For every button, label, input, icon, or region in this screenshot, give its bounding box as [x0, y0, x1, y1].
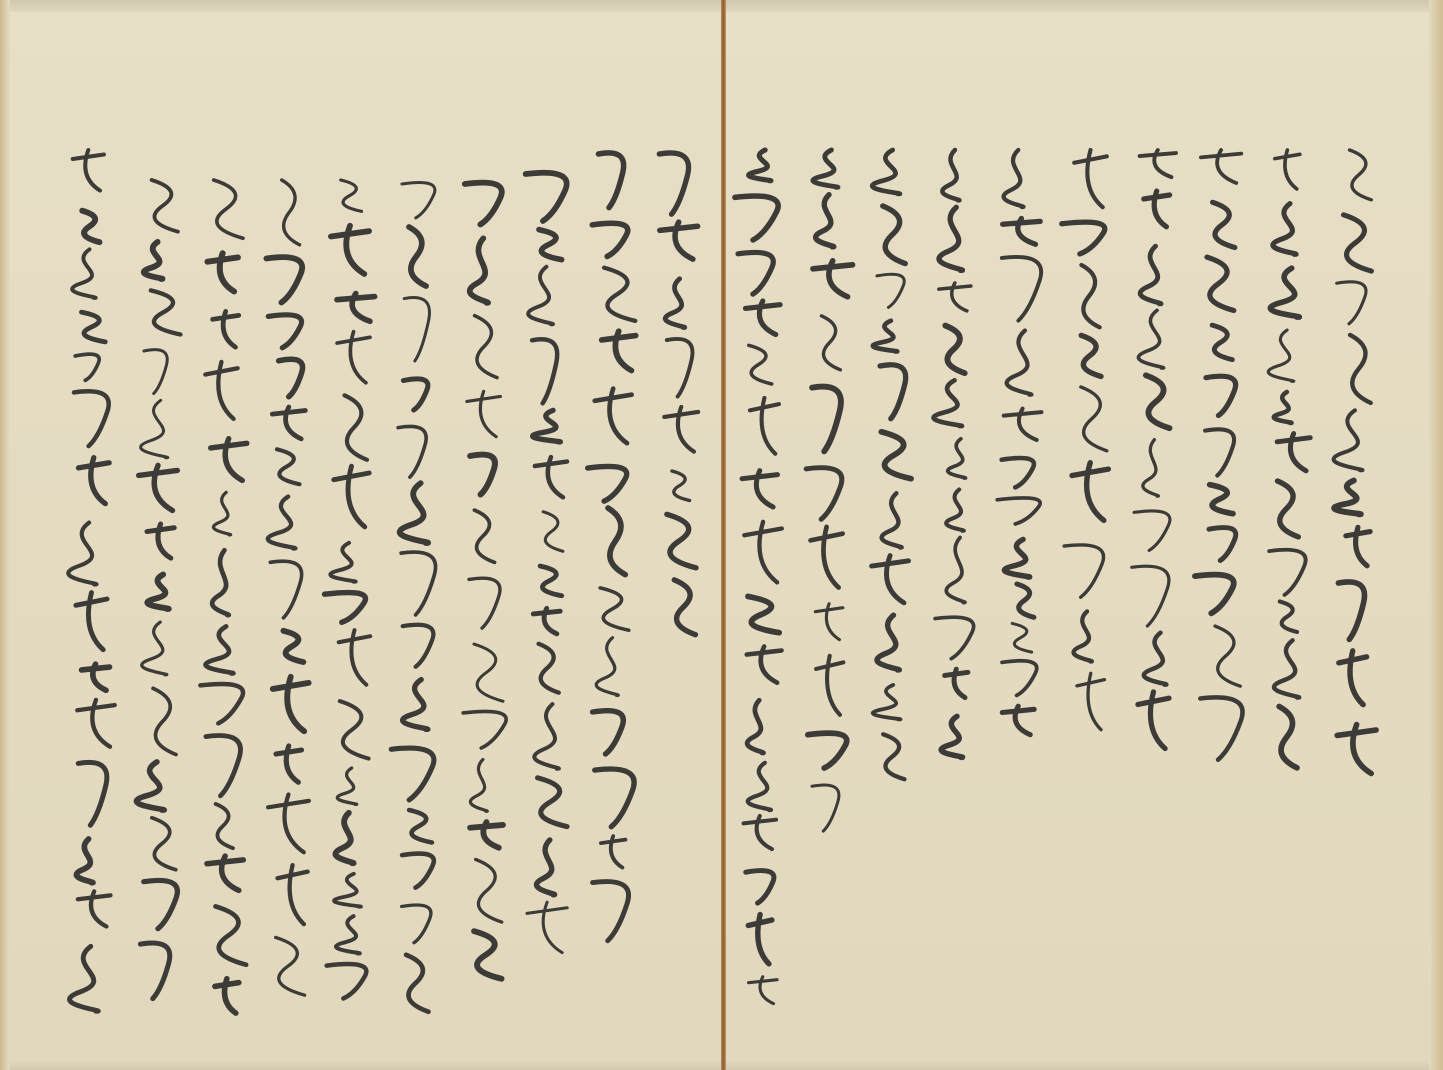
text-column [997, 150, 1041, 735]
text-column [1132, 150, 1176, 749]
ink-stroke [665, 279, 685, 328]
ink-stroke [1081, 265, 1099, 327]
ink-stroke [141, 400, 168, 457]
ink-stroke [74, 391, 109, 446]
ink-stroke [533, 410, 561, 442]
text-column [588, 153, 636, 941]
ink-stroke [340, 701, 369, 759]
ink-stroke [206, 736, 241, 796]
ink-stroke [602, 331, 636, 370]
ink-stroke [1072, 463, 1108, 521]
ink-stroke [404, 298, 429, 361]
ink-stroke [941, 716, 962, 757]
ink-stroke [144, 880, 178, 928]
ink-stroke [1143, 440, 1159, 497]
ink-stroke [821, 316, 840, 370]
ink-stroke [76, 839, 93, 883]
ink-stroke [659, 153, 688, 214]
text-column [1268, 150, 1310, 768]
ink-stroke [742, 471, 777, 507]
ink-stroke [1144, 633, 1167, 685]
ink-stroke [144, 350, 167, 394]
ink-stroke [1344, 215, 1372, 271]
ink-stroke [935, 617, 974, 658]
ink-stroke [588, 466, 627, 501]
ink-stroke [207, 856, 243, 890]
ink-stroke [1140, 246, 1161, 304]
ink-stroke [142, 622, 167, 675]
ink-stroke [1138, 692, 1169, 749]
ink-stroke [213, 311, 239, 347]
ink-stroke [277, 449, 300, 484]
ink-stroke [808, 733, 847, 768]
ink-stroke [813, 150, 838, 187]
ink-stroke [593, 882, 629, 941]
ink-stroke [1081, 335, 1101, 376]
ink-stroke [215, 906, 246, 964]
ink-stroke [747, 646, 782, 682]
ink-stroke [1017, 584, 1034, 617]
ink-stroke [402, 854, 434, 888]
ink-stroke [608, 508, 625, 575]
ink-stroke [1144, 191, 1170, 227]
ink-stroke [748, 915, 772, 964]
ink-stroke [277, 865, 307, 924]
text-column [526, 173, 568, 953]
ink-stroke [598, 153, 623, 208]
ink-stroke [136, 762, 164, 810]
ink-stroke [749, 345, 772, 384]
text-column [659, 153, 698, 635]
ink-stroke [1201, 150, 1241, 183]
ink-stroke [82, 211, 99, 242]
ink-stroke [1004, 539, 1029, 577]
ink-stroke [78, 891, 111, 926]
ink-stroke [660, 222, 698, 259]
ink-stroke [1206, 376, 1236, 415]
ink-stroke [403, 625, 434, 667]
ink-stroke [1215, 626, 1240, 686]
ink-stroke [816, 195, 834, 247]
ink-stroke [151, 290, 181, 334]
ink-stroke [873, 685, 901, 719]
ink-stroke [76, 593, 107, 650]
ink-stroke [1146, 375, 1170, 428]
ink-stroke [749, 977, 778, 1004]
ink-stroke [406, 955, 428, 1012]
ink-stroke [474, 931, 501, 979]
text-column [934, 150, 974, 757]
ink-stroke [409, 810, 432, 842]
ink-stroke [1210, 485, 1233, 514]
ink-stroke [526, 173, 567, 221]
ink-stroke [1279, 707, 1297, 768]
ink-stroke [881, 432, 911, 479]
ink-stroke [272, 407, 305, 439]
ink-stroke [207, 253, 238, 291]
ink-stroke [746, 301, 781, 335]
ink-stroke [592, 223, 627, 256]
ink-stroke [276, 937, 305, 995]
ink-stroke [674, 580, 695, 635]
ink-stroke [543, 512, 563, 552]
ink-stroke [600, 588, 629, 630]
text-column [391, 182, 435, 1011]
ink-stroke [945, 669, 968, 697]
ink-stroke [72, 249, 96, 298]
ink-stroke [744, 522, 782, 583]
ink-stroke [470, 455, 495, 495]
ink-stroke [945, 326, 964, 373]
ink-stroke [1003, 218, 1040, 244]
ink-stroke [463, 711, 506, 748]
ink-stroke [213, 492, 230, 535]
ink-stroke [402, 905, 431, 943]
ink-stroke [746, 871, 774, 903]
ink-stroke [1195, 575, 1234, 614]
ink-stroke [1012, 623, 1031, 652]
ink-stroke [946, 538, 965, 603]
ink-stroke [939, 283, 971, 311]
ink-stroke [467, 391, 500, 436]
ink-stroke [750, 398, 779, 454]
ink-stroke [872, 556, 909, 603]
ink-stroke [276, 746, 302, 782]
ink-stroke [400, 483, 428, 543]
ink-stroke [873, 321, 897, 352]
ink-stroke [216, 804, 233, 848]
ink-stroke [747, 700, 763, 753]
ink-stroke [1275, 150, 1300, 189]
ink-stroke [205, 362, 237, 419]
ink-stroke [813, 261, 853, 297]
ink-stroke [1337, 725, 1376, 774]
ink-stroke [398, 426, 426, 477]
ink-stroke [1004, 150, 1024, 207]
ink-stroke [744, 816, 776, 849]
ink-stroke [140, 943, 169, 999]
text-column [266, 180, 308, 995]
text-column [463, 183, 506, 979]
ink-stroke [324, 593, 365, 623]
text-column [1195, 150, 1243, 760]
ink-stroke [1213, 202, 1235, 247]
ink-stroke [877, 274, 904, 307]
ink-stroke [330, 543, 355, 582]
book-spread: kuzushiji (cursive hiragana/kanji), vert… [0, 0, 1443, 1070]
text-column [200, 180, 246, 1013]
ink-stroke [748, 763, 771, 810]
ink-stroke [880, 365, 906, 419]
ink-stroke [872, 150, 900, 194]
ink-stroke [78, 458, 109, 504]
ink-stroke [1209, 528, 1236, 561]
ink-stroke [212, 550, 229, 615]
ink-stroke [283, 631, 303, 662]
ink-stroke [465, 183, 502, 225]
ink-stroke [735, 196, 778, 240]
ink-stroke [206, 626, 234, 673]
ink-stroke [1205, 429, 1234, 475]
ink-stroke [1200, 697, 1242, 759]
ink-stroke [595, 769, 634, 827]
text-column [872, 150, 911, 779]
ink-stroke [1140, 150, 1176, 177]
ink-stroke [336, 916, 360, 953]
ink-stroke [1138, 310, 1163, 368]
ink-stroke [1346, 527, 1370, 566]
ink-stroke [1350, 150, 1372, 200]
ink-stroke [1274, 392, 1292, 423]
ink-stroke [539, 230, 562, 260]
ink-stroke [1350, 335, 1371, 403]
ink-stroke [147, 524, 174, 558]
ink-stroke [147, 574, 168, 608]
ink-stroke [81, 312, 105, 342]
ink-stroke [1334, 410, 1363, 470]
calligraphy-text [0, 0, 1443, 1070]
ink-stroke [816, 656, 843, 715]
ink-stroke [877, 615, 899, 670]
text-column [735, 150, 782, 1004]
ink-stroke [334, 874, 361, 907]
ink-stroke [401, 552, 435, 615]
ink-stroke [279, 359, 303, 397]
ink-stroke [153, 688, 176, 754]
ink-stroke [749, 150, 771, 181]
ink-stroke [1269, 550, 1305, 595]
ink-stroke [883, 734, 904, 779]
ink-stroke [1277, 434, 1310, 471]
ink-stroke [1212, 325, 1232, 359]
ink-stroke [335, 813, 353, 863]
ink-stroke [331, 226, 369, 274]
ink-stroke [470, 238, 488, 303]
ink-stroke [77, 700, 114, 747]
ink-stroke [883, 206, 905, 264]
ink-stroke [664, 407, 698, 452]
ink-stroke [337, 768, 356, 804]
ink-stroke [738, 252, 773, 294]
ink-stroke [273, 677, 309, 731]
ink-stroke [997, 498, 1040, 524]
ink-stroke [1002, 661, 1037, 696]
ink-stroke [327, 964, 367, 998]
text-column [1062, 150, 1109, 730]
ink-stroke [1268, 330, 1294, 381]
ink-stroke [806, 468, 842, 520]
ink-stroke [409, 227, 426, 286]
ink-stroke [1339, 651, 1367, 705]
ink-stroke [1273, 204, 1296, 255]
ink-stroke [1007, 330, 1032, 394]
ink-stroke [266, 257, 302, 302]
ink-stroke [282, 180, 300, 245]
ink-stroke [403, 379, 428, 410]
ink-stroke [812, 785, 839, 831]
ink-stroke [667, 339, 693, 397]
ink-stroke [534, 704, 559, 769]
ink-stroke [946, 490, 964, 531]
ink-stroke [337, 332, 370, 383]
ink-stroke [1002, 706, 1034, 735]
ink-stroke [1002, 458, 1034, 487]
ink-stroke [540, 566, 562, 596]
ink-stroke [539, 644, 559, 693]
ink-stroke [82, 664, 110, 690]
ink-stroke [341, 180, 362, 211]
ink-stroke [200, 684, 243, 723]
ink-stroke [1337, 282, 1366, 324]
ink-stroke [391, 748, 434, 800]
ink-stroke [215, 979, 239, 1013]
ink-stroke [337, 294, 375, 322]
ink-stroke [1004, 409, 1042, 440]
ink-stroke [948, 439, 966, 478]
text-column [324, 180, 374, 998]
ink-stroke [475, 316, 498, 378]
ink-stroke [334, 466, 369, 527]
text-column [68, 150, 114, 1011]
ink-stroke [139, 465, 178, 510]
ink-stroke [268, 315, 301, 348]
ink-stroke [672, 471, 690, 501]
ink-stroke [815, 604, 843, 640]
ink-stroke [1074, 611, 1092, 661]
ink-stroke [339, 630, 371, 684]
ink-stroke [596, 638, 618, 696]
ink-stroke [1278, 481, 1299, 537]
ink-stroke [1132, 566, 1169, 626]
ink-stroke [748, 596, 779, 632]
ink-stroke [1081, 387, 1107, 451]
ink-stroke [939, 207, 962, 270]
ink-stroke [942, 150, 959, 200]
ink-stroke [601, 836, 626, 867]
ink-stroke [469, 578, 500, 628]
ink-stroke [604, 268, 635, 321]
ink-stroke [470, 822, 503, 848]
ink-stroke [593, 711, 624, 754]
ink-stroke [1134, 511, 1170, 550]
ink-stroke [595, 389, 632, 444]
ink-stroke [1280, 601, 1297, 631]
ink-stroke [667, 514, 696, 567]
ink-stroke [533, 608, 560, 634]
text-column [136, 180, 180, 999]
text-column [1334, 150, 1376, 773]
ink-stroke [270, 561, 301, 618]
ink-stroke [1064, 545, 1103, 597]
ink-stroke [1207, 257, 1234, 310]
ink-stroke [527, 902, 567, 952]
ink-stroke [1074, 150, 1106, 207]
ink-stroke [528, 267, 553, 325]
ink-stroke [1077, 673, 1105, 729]
ink-stroke [75, 354, 99, 380]
ink-stroke [68, 523, 96, 585]
ink-stroke [476, 859, 502, 922]
ink-stroke [882, 493, 902, 547]
ink-stroke [268, 794, 309, 852]
ink-stroke [538, 778, 567, 827]
ink-stroke [152, 818, 176, 870]
ink-stroke [934, 380, 962, 426]
ink-stroke [474, 644, 503, 701]
ink-stroke [78, 762, 107, 825]
ink-stroke [214, 180, 243, 238]
ink-stroke [211, 439, 247, 481]
ink-stroke [532, 339, 557, 403]
ink-stroke [535, 457, 567, 497]
ink-stroke [812, 387, 841, 452]
ink-stroke [1334, 481, 1361, 515]
ink-stroke [70, 946, 99, 1011]
ink-stroke [1338, 582, 1364, 639]
ink-stroke [1062, 222, 1105, 254]
ink-stroke [73, 150, 104, 191]
ink-stroke [152, 180, 178, 232]
ink-stroke [1002, 257, 1041, 321]
ink-stroke [470, 760, 487, 812]
ink-stroke [537, 840, 555, 895]
ink-stroke [1270, 268, 1299, 317]
ink-stroke [403, 680, 428, 730]
text-column [806, 150, 852, 831]
ink-stroke [474, 510, 494, 562]
ink-stroke [345, 395, 367, 459]
ink-stroke [402, 182, 435, 217]
ink-stroke [144, 242, 163, 279]
ink-stroke [268, 497, 296, 549]
ink-stroke [1274, 640, 1299, 697]
ink-stroke [811, 527, 843, 588]
